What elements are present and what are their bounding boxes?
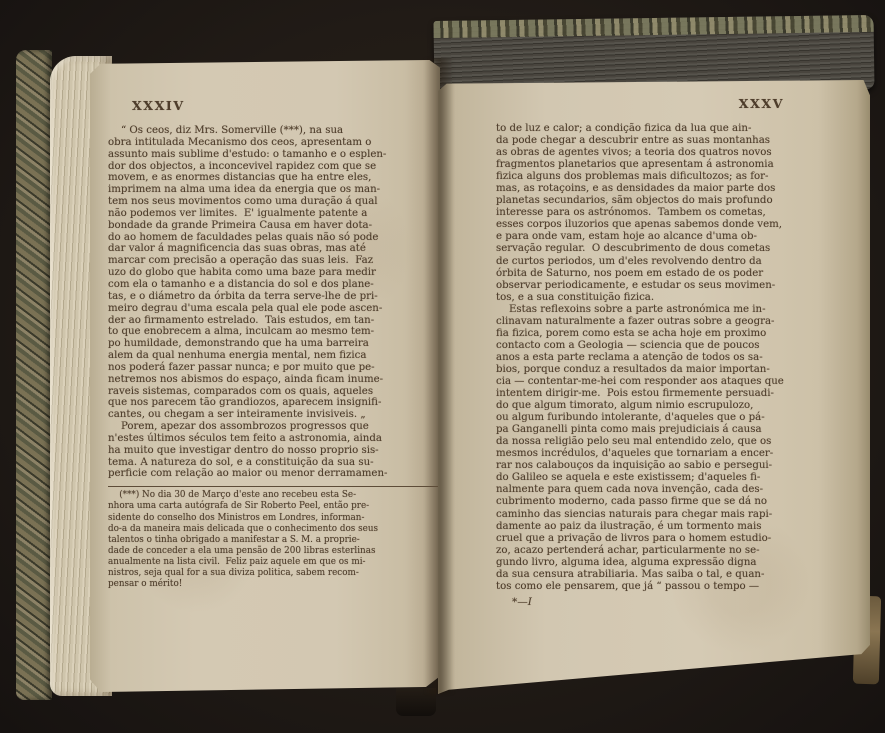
- right-page-paragraph-1: to de luz e calor; a condição fizica da …: [496, 123, 822, 304]
- page-number-right: XXXV: [496, 96, 822, 111]
- left-page-paragraph-2: Porem, apezar dos assombrozos progressos…: [108, 421, 446, 480]
- book-photo: XXXIV “ Os ceos, diz Mrs. Somerville (**…: [0, 0, 885, 733]
- left-page-paragraph-1: “ Os ceos, diz Mrs. Somerville (***), na…: [108, 125, 446, 421]
- left-page-text-block: XXXIV “ Os ceos, diz Mrs. Somerville (**…: [108, 98, 446, 590]
- marbled-top-edge: [434, 15, 874, 38]
- marbled-cover-edge: [16, 50, 52, 700]
- signature-mark: *—I: [512, 596, 822, 608]
- footnote: (***) No dia 30 de Março d'este ano rece…: [108, 486, 438, 590]
- right-page-paragraph-2: Estas reflexoins sobre a parte astronómi…: [496, 304, 822, 593]
- page-number-left: XXXIV: [132, 98, 446, 113]
- right-page-text-block: XXXV to de luz e calor; a condição fizic…: [496, 96, 822, 608]
